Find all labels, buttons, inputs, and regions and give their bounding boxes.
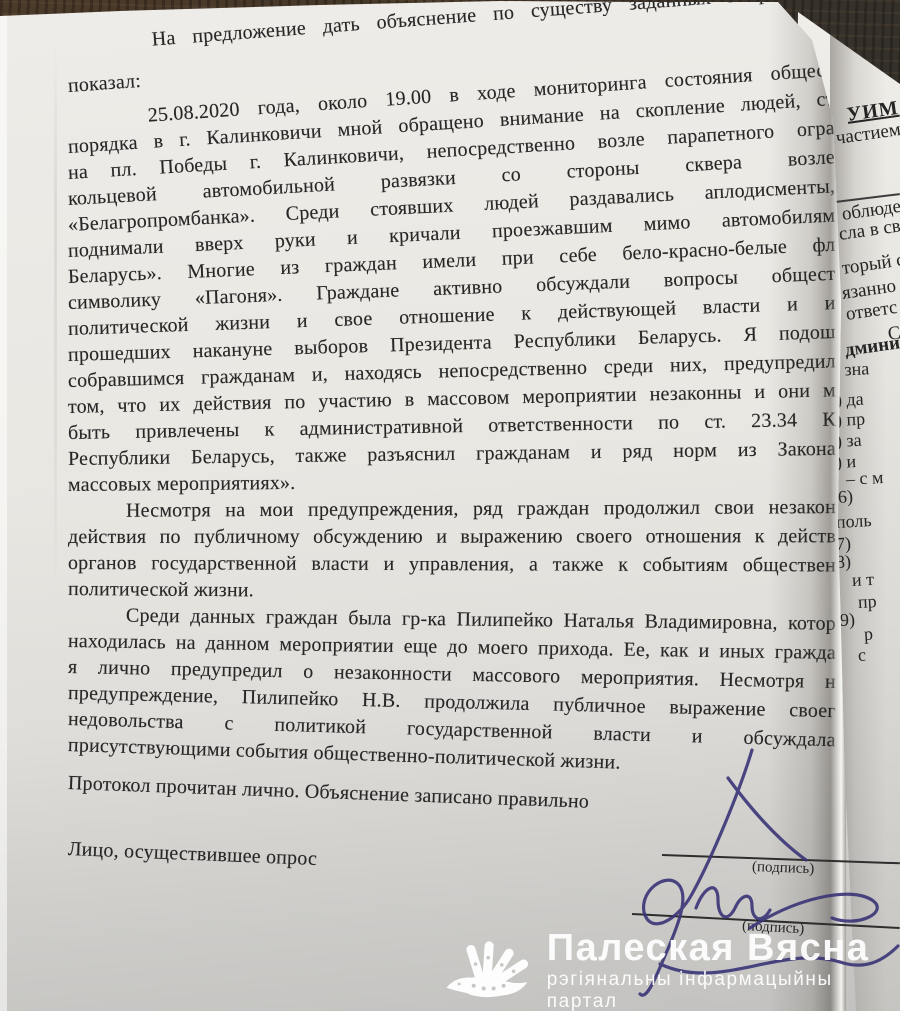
photo-of-document: УИМ частием з облюде сла в св торый с яз… [0, 0, 900, 1011]
text-line: действия по публичному обсуждению и выра… [68, 523, 836, 550]
paragraph-warning: Несмотря на мои предупреждения, ряд граж… [68, 498, 836, 602]
watermark-title: Палеская Вясна [547, 928, 900, 968]
page2-fragment: поль [835, 510, 872, 533]
paragraph-person: Среди данных граждан была гр-ка Пилипейк… [68, 602, 836, 758]
paper-edge [0, 0, 7, 1011]
document-text: На предложение дать объяснение по сущест… [68, 26, 836, 862]
page2-fragment: ) да [835, 389, 864, 411]
paragraph-report: 25.08.2020 года, около 19.00 в ходе мони… [68, 108, 836, 498]
page2-fragment: ) пр [835, 408, 865, 430]
text-line: органов государственной власти и управле… [68, 550, 836, 578]
page2-fragment: и т [851, 569, 874, 591]
paper-crease [54, 40, 57, 600]
watermark-subtitle: рэгіянальны інфармацыйны партал [547, 969, 900, 1011]
page2-fragment: пр [857, 591, 877, 613]
watermark: Палеская Вясна рэгіянальны інфармацыйны … [432, 928, 900, 1011]
dove-hand-icon [432, 934, 541, 1011]
page2-fragment: с [857, 645, 866, 666]
page2-fragment: р [863, 624, 873, 645]
text-line: Несмотря на мои предупреждения, ряд граж… [68, 494, 836, 524]
page2-fragment: 9) [839, 609, 855, 631]
page2-fragment: ) за [835, 430, 862, 452]
page2-fragment: 6) [837, 486, 853, 508]
